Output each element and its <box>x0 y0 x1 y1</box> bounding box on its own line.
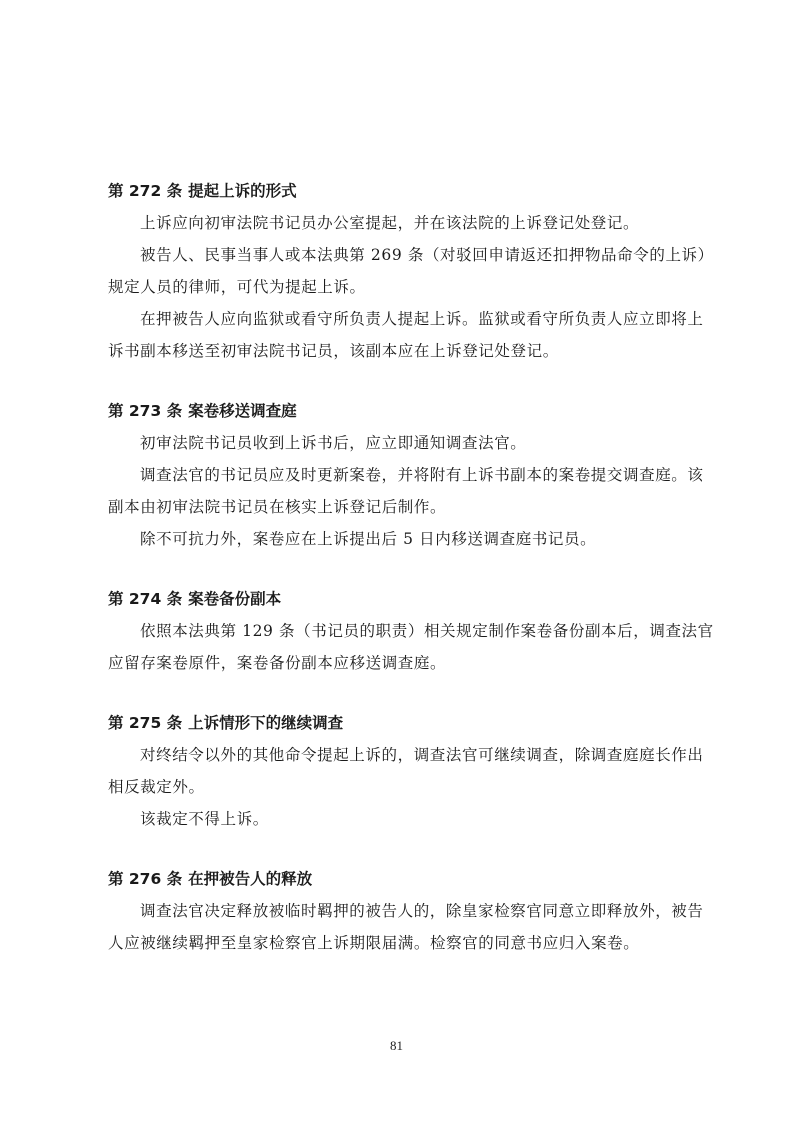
article-title: 上诉情形下的继续调查 <box>188 714 343 732</box>
text-line: 初审法院书记员收到上诉书后，应立即通知调查法官。 <box>108 427 700 459</box>
paragraph: 在押被告人应向监狱或看守所负责人提起上诉。监狱或看守所负责人应立即将上诉书副本移… <box>108 303 700 367</box>
paragraph: 对终结令以外的其他命令提起上诉的，调查法官可继续调查，除调查庭庭长作出相反裁定外… <box>108 739 700 803</box>
page-number: 81 <box>0 1038 793 1054</box>
article-275: 第 275 条上诉情形下的继续调查 对终结令以外的其他命令提起上诉的，调查法官可… <box>108 707 700 835</box>
paragraph: 上诉应向初审法院书记员办公室提起，并在该法院的上诉登记处登记。 <box>108 207 700 239</box>
text-line: 副本由初审法院书记员在核实上诉登记后制作。 <box>108 491 700 523</box>
article-276: 第 276 条在押被告人的释放 调查法官决定释放被临时羁押的被告人的，除皇家检察… <box>108 863 700 959</box>
article-heading: 第 275 条上诉情形下的继续调查 <box>108 707 700 739</box>
article-heading: 第 273 条案卷移送调查庭 <box>108 395 700 427</box>
text-line: 依照本法典第 129 条（书记员的职责）相关规定制作案卷备份副本后，调查法官 <box>108 615 700 647</box>
text-line: 该裁定不得上诉。 <box>108 803 700 835</box>
text-line: 调查法官的书记员应及时更新案卷，并将附有上诉书副本的案卷提交调查庭。该 <box>108 459 700 491</box>
article-title: 提起上诉的形式 <box>188 182 297 200</box>
text-line: 上诉应向初审法院书记员办公室提起，并在该法院的上诉登记处登记。 <box>108 207 700 239</box>
spacer <box>108 679 700 707</box>
text-line: 被告人、民事当事人或本法典第 269 条（对驳回申请返还扣押物品命令的上诉） <box>108 239 700 271</box>
paragraph: 该裁定不得上诉。 <box>108 803 700 835</box>
text-line: 诉书副本移送至初审法院书记员，该副本应在上诉登记处登记。 <box>108 335 700 367</box>
text-line: 在押被告人应向监狱或看守所负责人提起上诉。监狱或看守所负责人应立即将上 <box>108 303 700 335</box>
article-number: 第 274 条 <box>108 590 182 608</box>
article-number: 第 275 条 <box>108 714 182 732</box>
article-274: 第 274 条案卷备份副本 依照本法典第 129 条（书记员的职责）相关规定制作… <box>108 583 700 679</box>
paragraph: 初审法院书记员收到上诉书后，应立即通知调查法官。 <box>108 427 700 459</box>
spacer <box>108 835 700 863</box>
paragraph: 调查法官的书记员应及时更新案卷，并将附有上诉书副本的案卷提交调查庭。该副本由初审… <box>108 459 700 523</box>
text-line: 相反裁定外。 <box>108 771 700 803</box>
article-number: 第 276 条 <box>108 870 182 888</box>
article-heading: 第 272 条提起上诉的形式 <box>108 175 700 207</box>
article-number: 第 272 条 <box>108 182 182 200</box>
article-title: 案卷移送调查庭 <box>188 402 297 420</box>
text-line: 对终结令以外的其他命令提起上诉的，调查法官可继续调查，除调查庭庭长作出 <box>108 739 700 771</box>
text-line: 应留存案卷原件，案卷备份副本应移送调查庭。 <box>108 647 700 679</box>
text-line: 人应被继续羁押至皇家检察官上诉期限届满。检察官的同意书应归入案卷。 <box>108 927 700 959</box>
text-line: 调查法官决定释放被临时羁押的被告人的，除皇家检察官同意立即释放外，被告 <box>108 895 700 927</box>
paragraph: 调查法官决定释放被临时羁押的被告人的，除皇家检察官同意立即释放外，被告人应被继续… <box>108 895 700 959</box>
article-number: 第 273 条 <box>108 402 182 420</box>
document-page: 第 272 条提起上诉的形式 上诉应向初审法院书记员办公室提起，并在该法院的上诉… <box>108 175 700 959</box>
article-heading: 第 276 条在押被告人的释放 <box>108 863 700 895</box>
article-title: 在押被告人的释放 <box>188 870 312 888</box>
spacer <box>108 555 700 583</box>
paragraph: 除不可抗力外，案卷应在上诉提出后 5 日内移送调查庭书记员。 <box>108 523 700 555</box>
text-line: 除不可抗力外，案卷应在上诉提出后 5 日内移送调查庭书记员。 <box>108 523 700 555</box>
article-title: 案卷备份副本 <box>188 590 281 608</box>
paragraph: 依照本法典第 129 条（书记员的职责）相关规定制作案卷备份副本后，调查法官应留… <box>108 615 700 679</box>
article-heading: 第 274 条案卷备份副本 <box>108 583 700 615</box>
article-272: 第 272 条提起上诉的形式 上诉应向初审法院书记员办公室提起，并在该法院的上诉… <box>108 175 700 367</box>
article-273: 第 273 条案卷移送调查庭 初审法院书记员收到上诉书后，应立即通知调查法官。 … <box>108 395 700 555</box>
spacer <box>108 367 700 395</box>
text-line: 规定人员的律师，可代为提起上诉。 <box>108 271 700 303</box>
paragraph: 被告人、民事当事人或本法典第 269 条（对驳回申请返还扣押物品命令的上诉）规定… <box>108 239 700 303</box>
